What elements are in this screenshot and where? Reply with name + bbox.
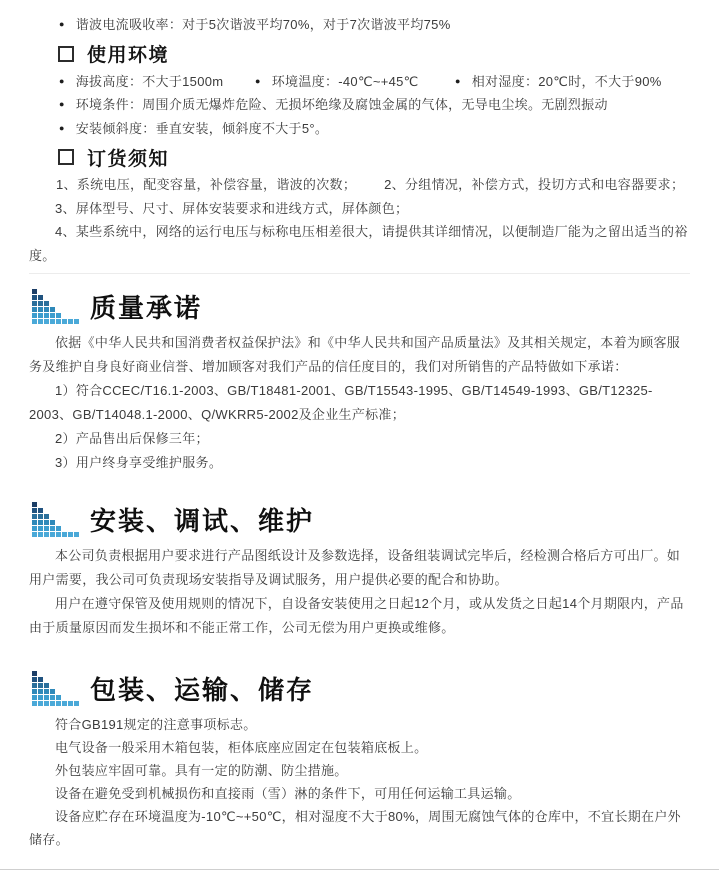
quality-paragraph-1: 依据《中华人民共和国消费者权益保护法》和《中华人民共和国产品质量法》及其相关规定…	[29, 331, 690, 379]
bullet-icon: ●	[59, 70, 65, 94]
intro-bullet-text: 谐波电流吸收率：对于5次谐波平均70%，对于7次谐波平均75%	[76, 13, 451, 37]
packing-line-5: 设备应贮存在环境温度为-10℃~+50℃，相对湿度不大于80%，周围无腐蚀气体的…	[29, 805, 690, 851]
order-note-3: 3、屏体型号、尺寸、屏体安装要求和进线方式，屏体颜色；	[29, 197, 690, 221]
env-tilt-text: 安装倾斜度：垂直安装，倾斜度不大于5°。	[76, 117, 328, 141]
install-section-body: 本公司负责根据用户要求进行产品图纸设计及参数选择，设备组装调试完毕后，经检测合格…	[29, 544, 690, 640]
usage-environment-title: 使用环境	[87, 40, 169, 67]
env-tilt-line: ● 安装倾斜度：垂直安装，倾斜度不大于5°。	[29, 117, 690, 141]
packing-section-header: 包装、运输、储存	[29, 670, 690, 707]
packing-line-4: 设备在避免受到机械损伤和直接雨（雪）淋的条件下，可用任何运输工具运输。	[29, 782, 690, 805]
hollow-square-icon	[58, 46, 74, 62]
pyramid-blocks-icon	[32, 289, 80, 324]
bullet-icon: ●	[59, 117, 65, 141]
install-paragraph-2: 用户在遵守保管及使用规则的情况下，自设备安装使用之日起12个月，或从发货之日起1…	[29, 592, 690, 640]
environment-specs-row: ● 海拔高度：不大于1500m ● 环境温度：-40℃~+45℃ ● 相对湿度：…	[29, 70, 690, 94]
bullet-icon: ●	[59, 13, 65, 37]
packing-line-2: 电气设备一般采用木箱包装，柜体底座应固定在包装箱底板上。	[29, 736, 690, 759]
env-humidity-text: 相对湿度：20℃时，不大于90%	[472, 70, 662, 94]
env-conditions-text: 环境条件：周围介质无爆炸危险、无损坏绝缘及腐蚀金属的气体，无导电尘埃。无剧烈振动	[76, 93, 608, 117]
packing-section-title: 包装、运输、储存	[90, 670, 314, 707]
order-note-2: 2、分组情况，补偿方式，投切方式和电容器要求；	[384, 173, 684, 197]
packing-line-3: 外包装应牢固可靠。具有一定的防潮、防尘措施。	[29, 759, 690, 782]
packing-section-body: 符合GB191规定的注意事项标志。 电气设备一般采用木箱包装，柜体底座应固定在包…	[29, 713, 690, 851]
quality-paragraph-4: 3）用户终身享受维护服务。	[29, 451, 690, 475]
quality-paragraph-2: 1）符合CCEC/T16.1-2003、GB/T18481-2001、GB/T1…	[29, 379, 690, 427]
page-content: ● 谐波电流吸收率：对于5次谐波平均70%，对于7次谐波平均75% 使用环境 ●…	[0, 0, 719, 851]
install-paragraph-1: 本公司负责根据用户要求进行产品图纸设计及参数选择，设备组装调试完毕后，经检测合格…	[29, 544, 690, 592]
order-note-row-1: 1、系统电压，配变容量，补偿容量，谐波的次数； 2、分组情况，补偿方式，投切方式…	[29, 173, 690, 197]
quality-section-body: 依据《中华人民共和国消费者权益保护法》和《中华人民共和国产品质量法》及其相关规定…	[29, 331, 690, 475]
bullet-icon: ●	[455, 70, 461, 94]
bullet-icon: ●	[59, 93, 65, 117]
install-section-header: 安装、调试、维护	[29, 501, 690, 538]
order-note-4: 4、某些系统中，网络的运行电压与标称电压相差很大，请提供其详细情况，以便制造厂能…	[29, 220, 690, 267]
hollow-square-icon	[58, 149, 74, 165]
env-altitude-text: 海拔高度：不大于1500m	[76, 70, 224, 94]
env-item-temperature: ● 环境温度：-40℃~+45℃	[255, 70, 455, 94]
usage-environment-header: 使用环境	[29, 41, 690, 67]
packing-line-1: 符合GB191规定的注意事项标志。	[29, 713, 690, 736]
pyramid-blocks-icon	[32, 502, 80, 537]
quality-section-header: 质量承诺	[29, 288, 690, 325]
section-divider	[29, 273, 690, 274]
order-note-1: 1、系统电压，配变容量，补偿容量，谐波的次数；	[56, 173, 356, 197]
pyramid-blocks-icon	[32, 671, 80, 706]
bullet-icon: ●	[255, 70, 261, 94]
install-section-title: 安装、调试、维护	[90, 501, 314, 538]
quality-section-title: 质量承诺	[90, 288, 202, 325]
ordering-notes-title: 订货须知	[87, 144, 169, 171]
bottom-page-rule	[0, 869, 719, 870]
ordering-notes-header: 订货须知	[29, 144, 690, 170]
intro-bullet-line: ● 谐波电流吸收率：对于5次谐波平均70%，对于7次谐波平均75%	[29, 0, 690, 37]
env-conditions-line: ● 环境条件：周围介质无爆炸危险、无损坏绝缘及腐蚀金属的气体，无导电尘埃。无剧烈…	[29, 93, 690, 117]
quality-paragraph-3: 2）产品售出后保修三年；	[29, 427, 690, 451]
env-item-humidity: ● 相对湿度：20℃时，不大于90%	[455, 70, 690, 94]
document-page: ● 谐波电流吸收率：对于5次谐波平均70%，对于7次谐波平均75% 使用环境 ●…	[0, 0, 719, 871]
env-temperature-text: 环境温度：-40℃~+45℃	[272, 70, 419, 94]
env-item-altitude: ● 海拔高度：不大于1500m	[59, 70, 255, 94]
